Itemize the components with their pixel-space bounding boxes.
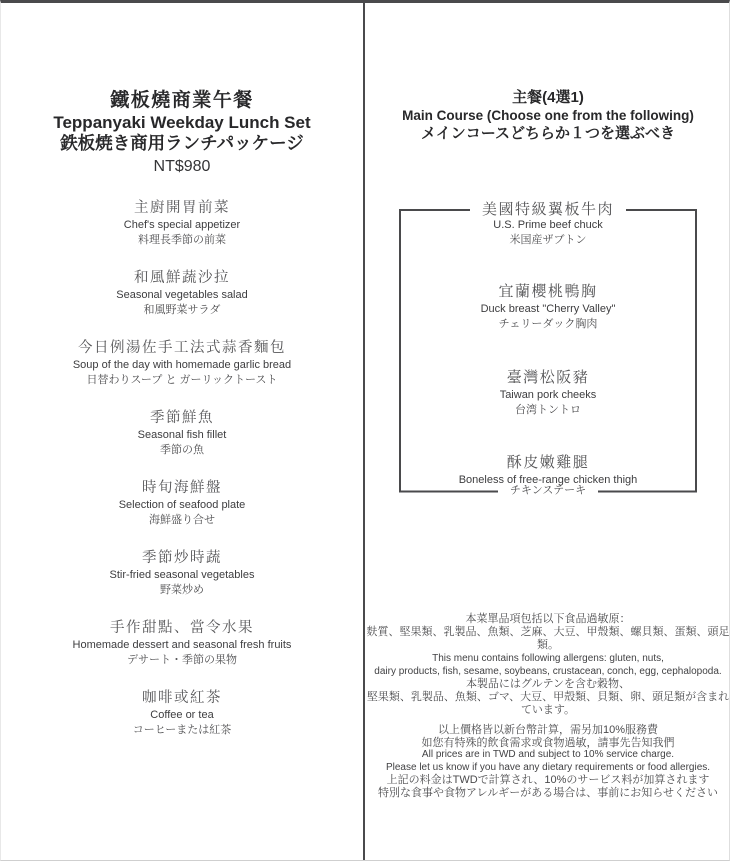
main-course-title-ja: メインコースどちらか１つを選ぶべき — [365, 124, 730, 143]
service-note-line: 上記の料金はTWDで計算され、10%のサービス料が加算されます — [365, 774, 730, 787]
main-course-page: 主餐(4選1) Main Course (Choose one from the… — [365, 3, 730, 860]
allergen-line: This menu contains following allergens: … — [365, 652, 730, 665]
main-course-title-zh: 主餐(4選1) — [365, 88, 730, 107]
course-item: 和風鮮蔬沙拉 Seasonal vegetables salad 和風野菜サラダ — [1, 269, 363, 318]
main-item: U.S. Prime beef chuck 米国産ザブトン — [401, 217, 695, 248]
lunch-set-title-zh: 鐵板燒商業午餐 — [1, 88, 363, 113]
lunch-set-header: 鐵板燒商業午餐 Teppanyaki Weekday Lunch Set 鉄板焼… — [1, 88, 363, 177]
rule-segment — [399, 209, 470, 211]
menu-sheet: 鐵板燒商業午餐 Teppanyaki Weekday Lunch Set 鉄板焼… — [0, 0, 730, 861]
course-list: 主廚開胃前菜 Chef's special appetizer 料理長季節の前菜… — [1, 199, 363, 738]
service-note-line: 以上價格皆以新台幣計算，需另加10%服務費 — [365, 724, 730, 737]
main-item-name-en: Duck breast "Cherry Valley" — [401, 301, 695, 317]
course-name-zh: 和風鮮蔬沙拉 — [1, 269, 363, 288]
course-name-ja: 季節の魚 — [1, 443, 363, 458]
course-name-ja: 日替わりスープ と ガーリックトースト — [1, 373, 363, 388]
main-item-name-ja: 米国産ザブトン — [401, 233, 695, 248]
course-item: 季節炒時蔬 Stir-fried seasonal vegetables 野菜炒… — [1, 549, 363, 598]
course-name-zh: 主廚開胃前菜 — [1, 199, 363, 218]
course-name-en: Coffee or tea — [1, 708, 363, 723]
rule-segment — [626, 209, 697, 211]
main-item-name-en: Taiwan pork cheeks — [401, 387, 695, 403]
main-item-name-ja: チキンステーキ — [498, 484, 598, 499]
course-name-zh: 時旬海鮮盤 — [1, 479, 363, 498]
course-name-en: Chef's special appetizer — [1, 218, 363, 233]
course-name-ja: 和風野菜サラダ — [1, 303, 363, 318]
lunch-set-price: NT$980 — [1, 157, 363, 177]
rule-segment — [598, 490, 697, 492]
course-name-zh: 季節炒時蔬 — [1, 549, 363, 568]
box-bottom-rule: チキンステーキ — [399, 484, 697, 499]
lunch-set-page: 鐵板燒商業午餐 Teppanyaki Weekday Lunch Set 鉄板焼… — [1, 3, 363, 860]
course-name-ja: コーヒーまたは紅茶 — [1, 723, 363, 738]
lunch-set-title-en: Teppanyaki Weekday Lunch Set — [1, 113, 363, 133]
main-item-name-zh: 酥皮嫩雞腿 — [401, 453, 695, 472]
course-item: 手作甜點、當令水果 Homemade dessert and seasonal … — [1, 619, 363, 668]
allergen-line: dairy products, fish, sesame, soybeans, … — [365, 665, 730, 678]
course-name-zh: 手作甜點、當令水果 — [1, 619, 363, 638]
main-item-name-ja: チェリーダック胸肉 — [401, 317, 695, 332]
main-course-box: 美國特級翼板牛肉 U.S. Prime beef chuck 米国産ザブトン 宜… — [399, 210, 697, 491]
service-note-line: 特別な食事や食物アレルギーがある場合は、事前にお知らせください — [365, 787, 730, 800]
course-name-zh: 季節鮮魚 — [1, 409, 363, 428]
allergen-notice: 本菜單品項包括以下食品過敏原： 麩質、堅果類、乳製品、魚類、芝麻、大豆、甲殼類、… — [365, 613, 730, 717]
course-name-en: Selection of seafood plate — [1, 498, 363, 513]
course-name-zh: 今日例湯佐手工法式蒜香麵包 — [1, 339, 363, 358]
main-item-name-zh: 臺灣松阪豬 — [401, 368, 695, 387]
course-item: 主廚開胃前菜 Chef's special appetizer 料理長季節の前菜 — [1, 199, 363, 248]
course-item: 季節鮮魚 Seasonal fish fillet 季節の魚 — [1, 409, 363, 458]
course-name-zh: 咖啡或紅茶 — [1, 689, 363, 708]
course-name-ja: デサート・季節の果物 — [1, 653, 363, 668]
service-note-line: 如您有特殊的飲食需求或食物過敏，請事先告知我們 — [365, 737, 730, 750]
service-note-line: Please let us know if you have any dieta… — [365, 762, 730, 775]
course-name-en: Seasonal fish fillet — [1, 428, 363, 443]
course-name-ja: 料理長季節の前菜 — [1, 233, 363, 248]
service-notes: 以上價格皆以新台幣計算，需另加10%服務費 如您有特殊的飲食需求或食物過敏，請事… — [365, 724, 730, 799]
allergen-line: 本菜單品項包括以下食品過敏原： — [365, 613, 730, 626]
rule-segment — [399, 490, 498, 492]
course-name-ja: 野菜炒め — [1, 583, 363, 598]
main-item: 宜蘭櫻桃鴨胸 Duck breast "Cherry Valley" チェリーダ… — [401, 282, 695, 332]
course-name-ja: 海鮮盛り合せ — [1, 513, 363, 528]
course-name-en: Homemade dessert and seasonal fresh frui… — [1, 638, 363, 653]
main-item-name-en: U.S. Prime beef chuck — [401, 217, 695, 233]
main-course-header: 主餐(4選1) Main Course (Choose one from the… — [365, 88, 730, 143]
course-name-en: Soup of the day with homemade garlic bre… — [1, 358, 363, 373]
course-item: 時旬海鮮盤 Selection of seafood plate 海鮮盛り合せ — [1, 479, 363, 528]
service-note-line: All prices are in TWD and subject to 10%… — [365, 749, 730, 762]
main-item-name-zh: 宜蘭櫻桃鴨胸 — [401, 282, 695, 301]
allergen-line: 本製品にはグルテンを含む穀物、 — [365, 678, 730, 691]
course-name-en: Seasonal vegetables salad — [1, 288, 363, 303]
main-item: 臺灣松阪豬 Taiwan pork cheeks 台湾トントロ — [401, 368, 695, 418]
course-item: 今日例湯佐手工法式蒜香麵包 Soup of the day with homem… — [1, 339, 363, 388]
allergen-line: 麩質、堅果類、乳製品、魚類、芝麻、大豆、甲殼類、螺貝類、蛋類、頭足類。 — [365, 626, 730, 652]
course-name-en: Stir-fried seasonal vegetables — [1, 568, 363, 583]
lunch-set-title-ja: 鉄板焼き商用ランチパッケージ — [1, 133, 363, 154]
main-item-name-ja: 台湾トントロ — [401, 403, 695, 418]
allergen-line: 堅果類、乳製品、魚類、ゴマ、大豆、甲殻類、貝類、卵、頭足類が含まれています。 — [365, 691, 730, 717]
main-course-title-en: Main Course (Choose one from the followi… — [365, 107, 730, 124]
course-item: 咖啡或紅茶 Coffee or tea コーヒーまたは紅茶 — [1, 689, 363, 738]
